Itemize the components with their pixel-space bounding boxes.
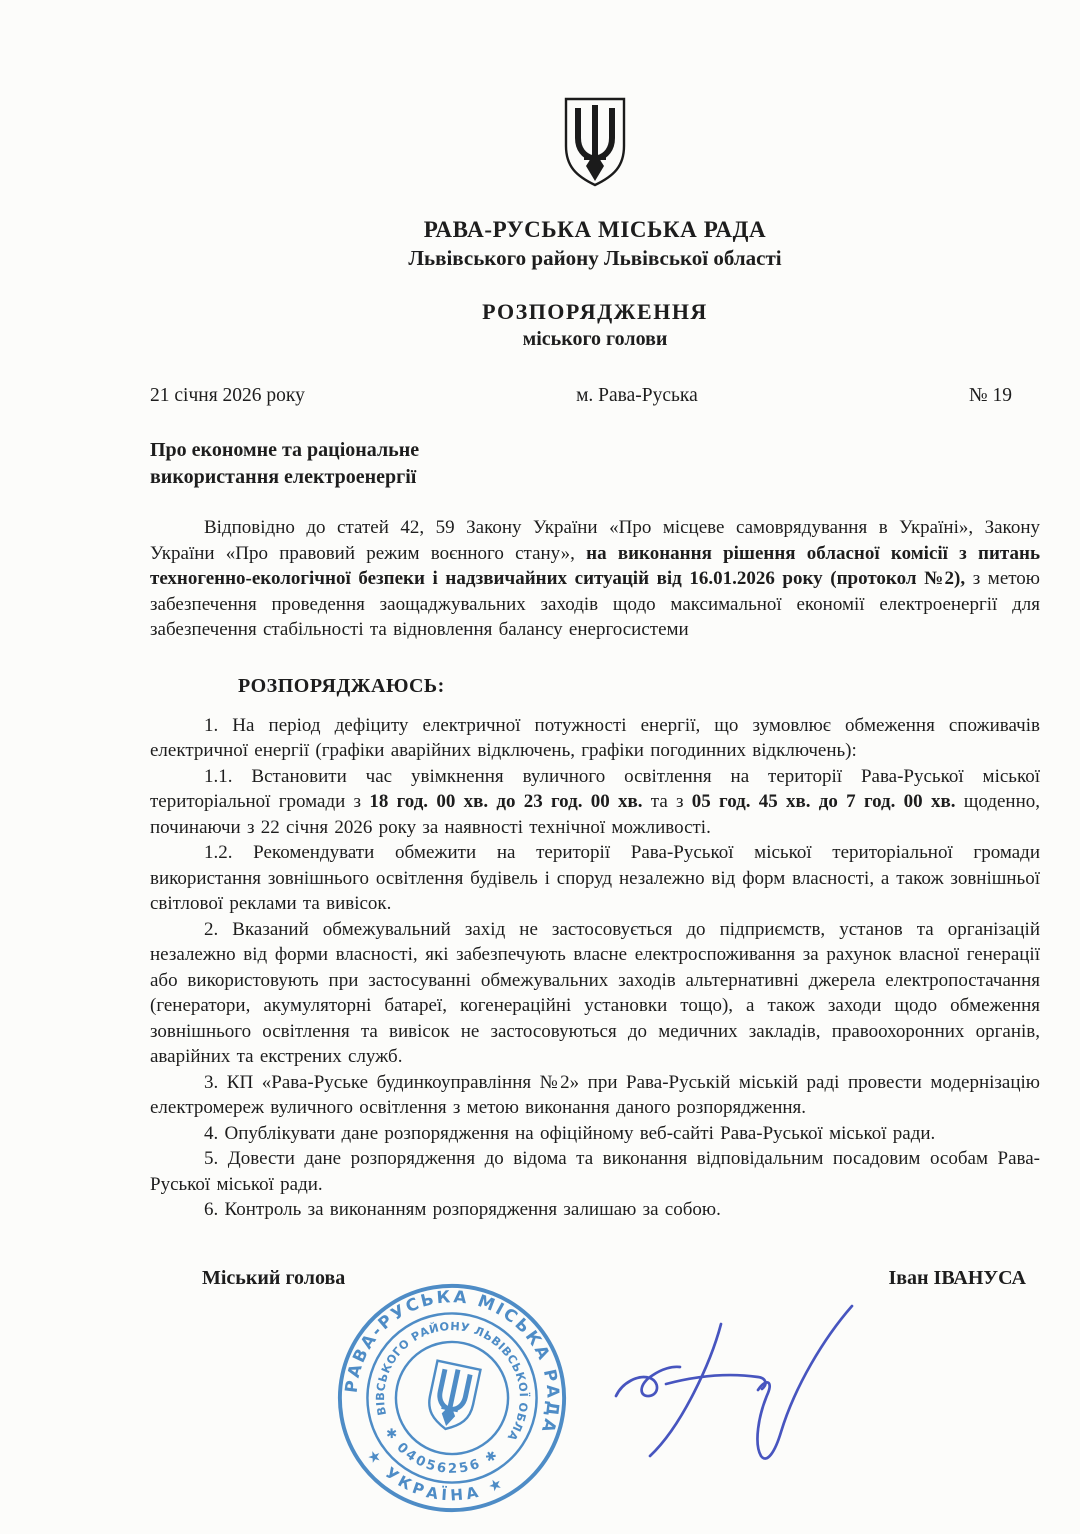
ukraine-trident-emblem-icon	[562, 96, 628, 188]
preamble-paragraph: Відповідно до статей 42, 59 Закону Украї…	[150, 515, 1040, 643]
signatory-name: Іван ІВАНУСА	[888, 1267, 1026, 1290]
order-item-1-1: 1.1. Встановити час увімкнення вуличного…	[150, 764, 1040, 841]
subject-line-2: використання електроенергії	[150, 464, 1040, 491]
meta-row: 21 січня 2026 року м. Рава-Руська № 19	[150, 385, 1040, 407]
handwritten-signature-ink	[608, 1294, 860, 1484]
document-place: м. Рава-Руська	[576, 385, 698, 407]
document-content: РАВА-РУСЬКА МІСЬКА РАДА Львівського райо…	[0, 0, 1080, 1290]
order-item-1-2: 1.2. Рекомендувати обмежити на території…	[150, 840, 1040, 917]
signatory-position: Міський голова	[202, 1267, 345, 1290]
signature-block: Міський голова Іван ІВАНУСА	[150, 1267, 1040, 1290]
order-heading: РОЗПОРЯДЖАЮСЬ:	[150, 675, 1040, 698]
document-page: РАВА-РУСЬКА МІСЬКА РАДА Львівського райо…	[0, 0, 1080, 1534]
signature-diagonal-stroke	[650, 1324, 721, 1456]
signature-flourish-stroke	[757, 1306, 852, 1459]
seal-trident-shield-icon	[424, 1361, 480, 1434]
document-date: 21 січня 2026 року	[150, 385, 305, 407]
subject-line-1: Про економне та раціональне	[150, 437, 1040, 464]
order-item-6: 6. Контроль за виконанням розпорядження …	[150, 1197, 1040, 1223]
signature-cross-bar	[666, 1375, 765, 1389]
order-item-5: 5. Довести дане розпорядження до відома …	[150, 1146, 1040, 1197]
emblem-container	[150, 96, 1040, 193]
council-region: Львівського району Львівської області	[150, 246, 1040, 271]
document-type-title: РОЗПОРЯДЖЕННЯ	[150, 299, 1040, 325]
order-item-1: 1. На період дефіциту електричної потужн…	[150, 713, 1040, 764]
order-item-4: 4. Опублікувати дане розпорядження на оф…	[150, 1121, 1040, 1147]
document-subject: Про економне та раціональне використання…	[150, 437, 1040, 491]
document-subtitle: міського голови	[150, 328, 1040, 351]
signature-initial-loop	[616, 1367, 680, 1396]
official-round-seal-stamp: РАВА-РУСЬКА МІСЬКА РАДА ★ УКРАЇНА ★ ЛЬВІ…	[312, 1258, 592, 1534]
council-name: РАВА-РУСЬКА МІСЬКА РАДА	[150, 217, 1040, 243]
order-item-3: 3. КП «Рава-Руське будинкоуправління №2»…	[150, 1070, 1040, 1121]
order-item-2: 2. Вказаний обмежувальний захід не засто…	[150, 917, 1040, 1070]
document-number: № 19	[969, 385, 1012, 407]
